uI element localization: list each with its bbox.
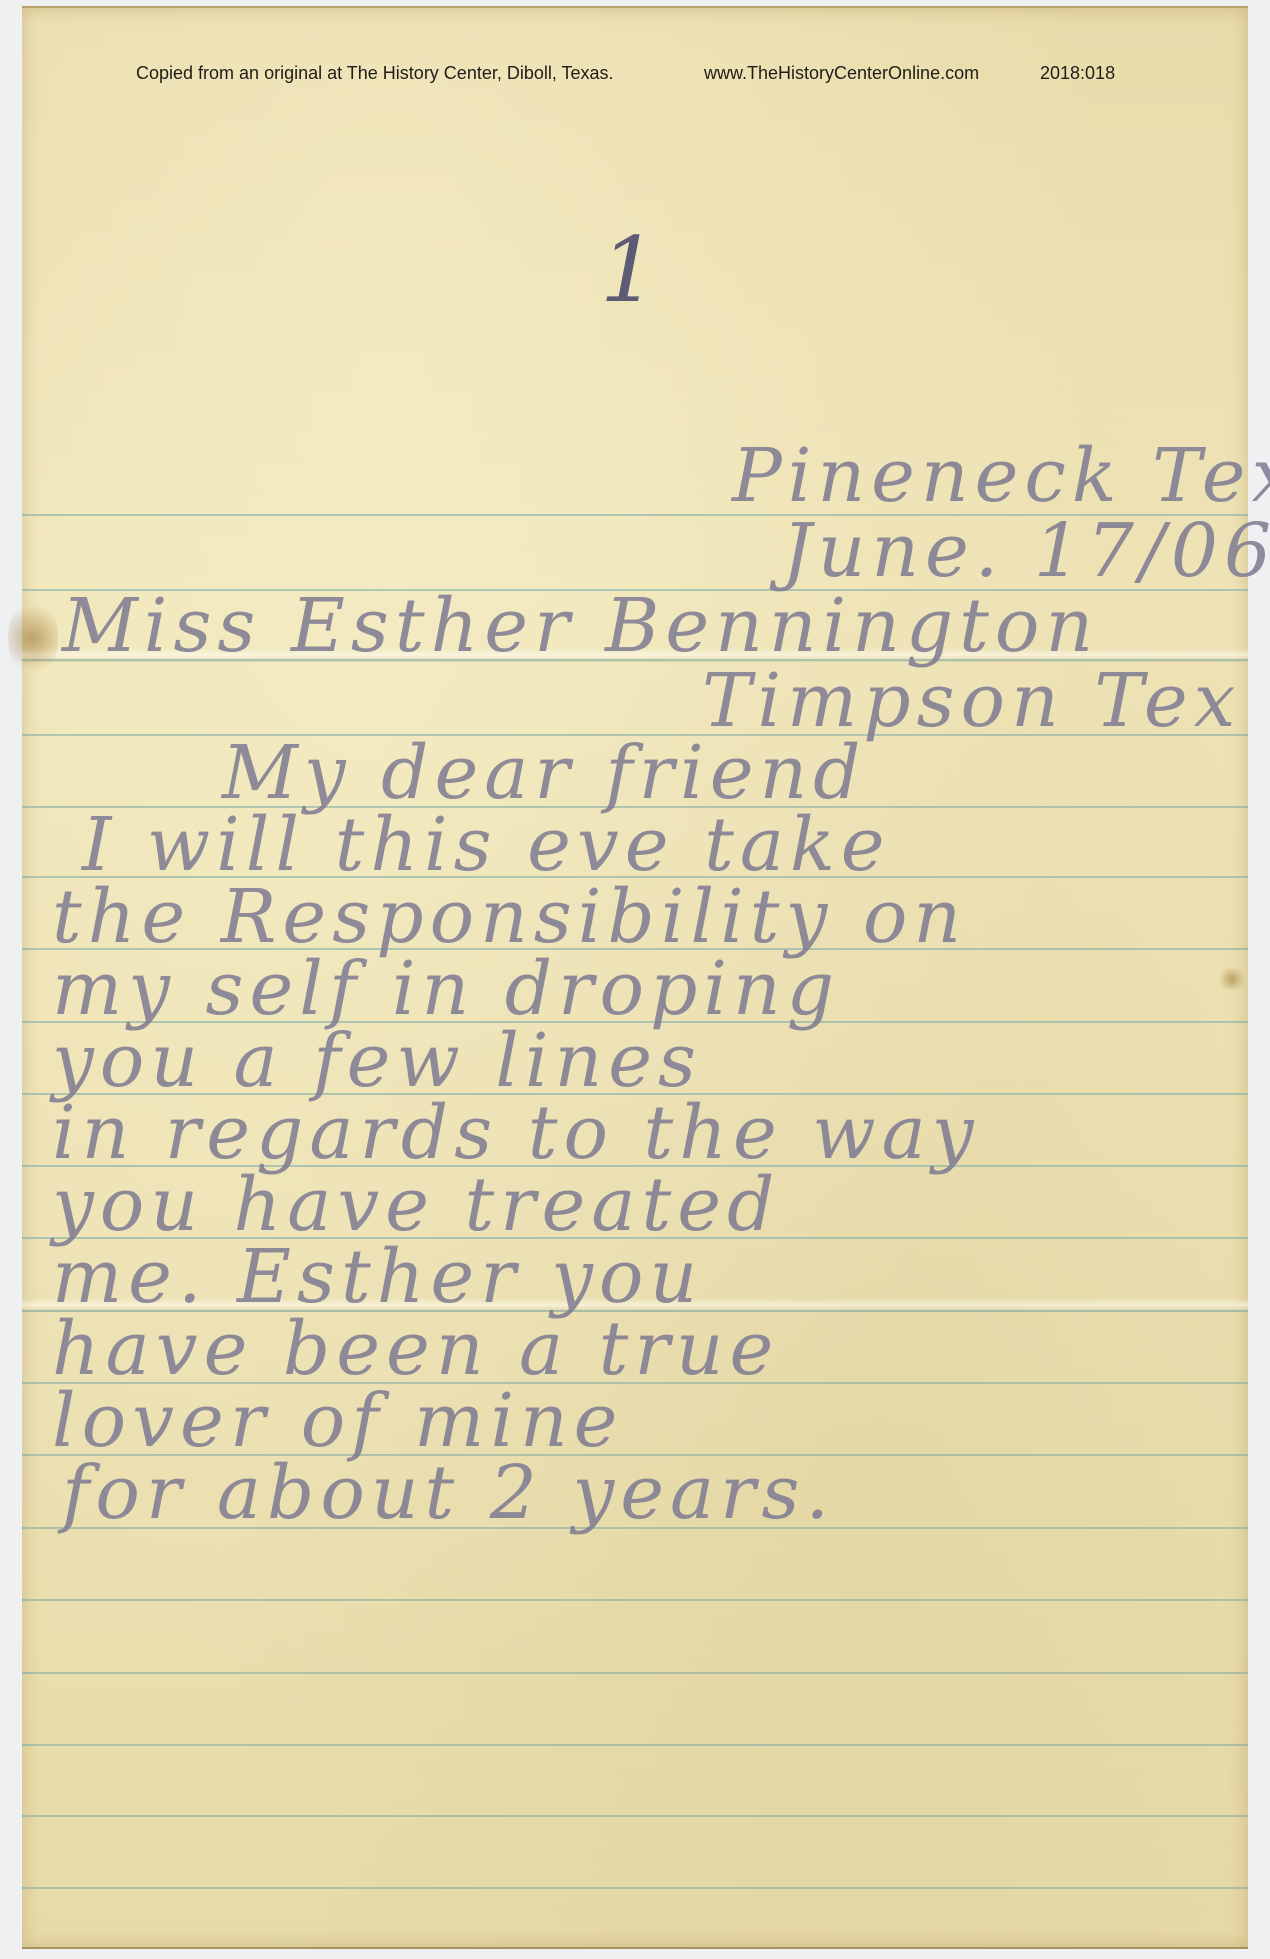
archive-source-note: Copied from an original at The History C… [136,63,614,84]
ruled-line [22,1815,1248,1817]
archive-website[interactable]: www.TheHistoryCenterOnline.com [704,63,979,84]
letter-date: June. 17/06 [782,508,1270,594]
ruled-line [22,1672,1248,1674]
page-number: 1 [600,218,657,323]
accession-number: 2018:018 [1040,63,1115,84]
archive-header: Copied from an original at The History C… [22,63,1248,168]
water-stain [1217,968,1247,990]
ruled-line [22,1744,1248,1746]
letter-recipient-name: Miss Esther Bennington [62,583,1099,669]
ruled-line [22,1599,1248,1601]
letter-page: Copied from an original at The History C… [22,6,1248,1949]
letter-place: Pineneck Tex. [732,433,1270,519]
ruled-line [22,1887,1248,1889]
water-stain [8,598,58,678]
letter-body-line: for about 2 years. [62,1450,835,1536]
